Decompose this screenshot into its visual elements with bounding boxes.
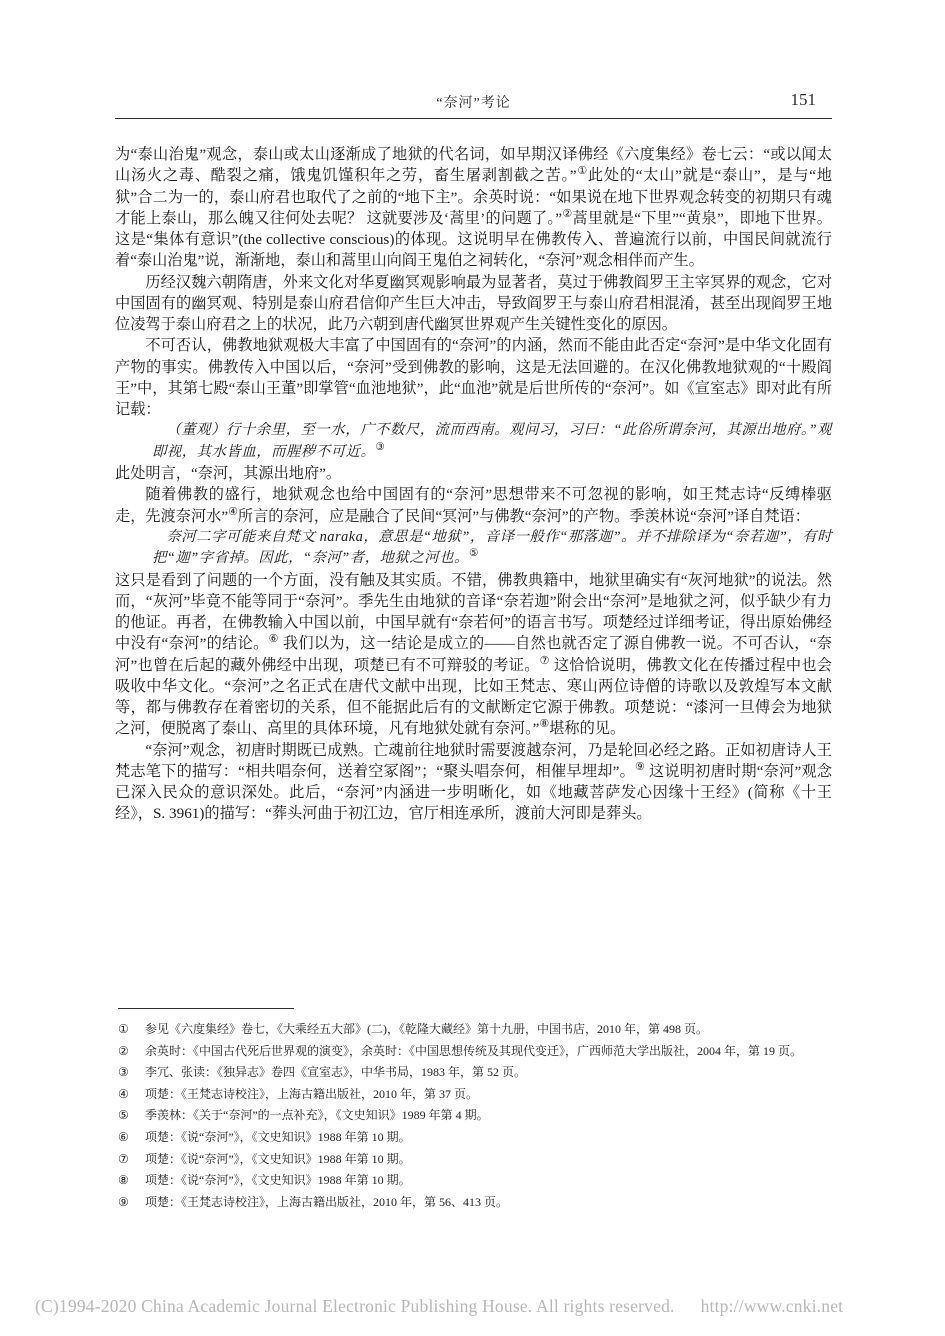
footnote-item: ④项楚：《王梵志诗校注》，上海古籍出版社，2010 年，第 37 页。 — [118, 1084, 834, 1106]
footnote-ref: ④ — [228, 506, 238, 518]
footnote-item: ⑥项楚：《说“奈河”》，《文史知识》1988 年第 10 期。 — [118, 1127, 834, 1149]
footnote-ref: ⑥ — [269, 633, 279, 645]
page-header: “奈河”考论 151 — [115, 92, 832, 114]
footnote-text: 项楚：《王梵志诗校注》，上海古籍出版社，2010 年，第 37 页。 — [145, 1084, 834, 1106]
header-rule — [115, 118, 832, 119]
cnki-url: http://www.cnki.net — [701, 1296, 844, 1316]
paragraph: “奈河”观念，初唐时期既已成熟。亡魂前往地狱时需要渡越奈河，乃是轮回必经之路。正… — [115, 740, 832, 825]
footnote-number: ⑦ — [118, 1149, 145, 1171]
page-title: “奈河”考论 — [115, 92, 832, 112]
footnote-item: ⑦项楚：《说“奈河”》，《文史知识》1988 年第 10 期。 — [118, 1149, 834, 1171]
footnote-number: ⑤ — [118, 1105, 145, 1127]
footnote-number: ⑥ — [118, 1127, 145, 1149]
footnote-separator — [118, 1008, 294, 1009]
footnote-text: 参见《六度集经》卷七，《大乘经五大部》(二)，《乾隆大藏经》第十九册，中国书店，… — [145, 1019, 834, 1041]
footnote-item: ⑨项楚：《王梵志诗校注》，上海古籍出版社，2010 年，第 56、413 页。 — [118, 1192, 834, 1214]
watermark-footer: (C)1994-2020 China Academic Journal Elec… — [35, 1296, 935, 1317]
paragraph: 为“泰山治鬼”观念，泰山或太山逐渐成了地狱的代名词，如早期汉译佛经《六度集经》卷… — [115, 144, 832, 272]
page-number: 151 — [791, 90, 817, 110]
footnote-ref: ② — [562, 208, 572, 220]
footnote-number: ③ — [118, 1062, 145, 1084]
footnote-text: 项楚：《说“奈河”》，《文史知识》1988 年第 10 期。 — [145, 1170, 834, 1192]
paragraph: 这只是看到了问题的一个方面，没有触及其实质。不错，佛教典籍中，地狱里确实有“灰河… — [115, 570, 832, 740]
footnote-text: 余英时：《中国古代死后世界观的演变》，余英时：《中国思想传统及其现代变迁》，广西… — [145, 1041, 834, 1063]
article-body: 为“泰山治鬼”观念，泰山或太山逐渐成了地狱的代名词，如早期汉译佛经《六度集经》卷… — [115, 144, 832, 825]
footnote-number: ① — [118, 1019, 145, 1041]
footnote-number: ② — [118, 1041, 145, 1063]
footnote-ref: ⑧ — [539, 718, 549, 730]
paragraph: 此处明言，“奈河，其源出地府”。 — [115, 463, 832, 484]
footnote-item: ②余英时：《中国古代死后世界观的演变》，余英时：《中国思想传统及其现代变迁》，广… — [118, 1041, 834, 1063]
footnote-text: 项楚：《王梵志诗校注》，上海古籍出版社，2010 年，第 56、413 页。 — [145, 1192, 834, 1214]
footnotes-list: ①参见《六度集经》卷七，《大乘经五大部》(二)，《乾隆大藏经》第十九册，中国书店… — [118, 1019, 834, 1213]
footnote-ref: ⑨ — [635, 761, 645, 773]
block-quote: 奈河二字可能来自梵文 naraka，意思是“地狱”，音译一般作“那落迦”。并不排… — [152, 527, 832, 570]
footnote-ref: ③ — [375, 442, 385, 453]
paragraph: 不可否认，佛教地狱观极大丰富了中国固有的“奈河”的内涵，然而不能由此否定“奈河”… — [115, 335, 832, 420]
footnote-number: ④ — [118, 1084, 145, 1106]
block-quote: （董观）行十余里，至一水，广不数尺，流而西南。观问习，习曰：“此俗所谓奈河，其源… — [152, 420, 832, 463]
footnote-text: 项楚：《说“奈河”》，《文史知识》1988 年第 10 期。 — [145, 1149, 834, 1171]
footnote-ref: ⑤ — [469, 548, 479, 559]
footnote-text: 李冗、张读：《独异志》卷四《宣室志》，中华书局，1983 年，第 52 页。 — [145, 1062, 834, 1084]
footnote-item: ①参见《六度集经》卷七，《大乘经五大部》(二)，《乾隆大藏经》第十九册，中国书店… — [118, 1019, 834, 1041]
footnote-ref: ① — [577, 165, 588, 177]
copyright-text: (C)1994-2020 China Academic Journal Elec… — [35, 1296, 675, 1316]
footnote-ref: ⑦ — [540, 655, 550, 667]
paragraph: 历经汉魏六朝隋唐，外来文化对华夏幽冥观影响最为显著者，莫过于佛教阎罗王主宰冥界的… — [115, 272, 832, 336]
paragraph: 随着佛教的盛行，地狱观念也给中国固有的“奈河”思想带来不可忽视的影响，如王梵志诗… — [115, 484, 832, 527]
footnote-text: 季羡林：《关于“奈河”的一点补充》，《文史知识》1989 年第 4 期。 — [145, 1105, 834, 1127]
footnote-number: ⑧ — [118, 1170, 145, 1192]
footnote-item: ③李冗、张读：《独异志》卷四《宣室志》，中华书局，1983 年，第 52 页。 — [118, 1062, 834, 1084]
footnote-item: ⑧项楚：《说“奈河”》，《文史知识》1988 年第 10 期。 — [118, 1170, 834, 1192]
footnote-number: ⑨ — [118, 1192, 145, 1214]
document-page: “奈河”考论 151 为“泰山治鬼”观念，泰山或太山逐渐成了地狱的代名词，如早期… — [0, 0, 945, 1336]
footnote-text: 项楚：《说“奈河”》，《文史知识》1988 年第 10 期。 — [145, 1127, 834, 1149]
footnote-item: ⑤季羡林：《关于“奈河”的一点补充》，《文史知识》1989 年第 4 期。 — [118, 1105, 834, 1127]
